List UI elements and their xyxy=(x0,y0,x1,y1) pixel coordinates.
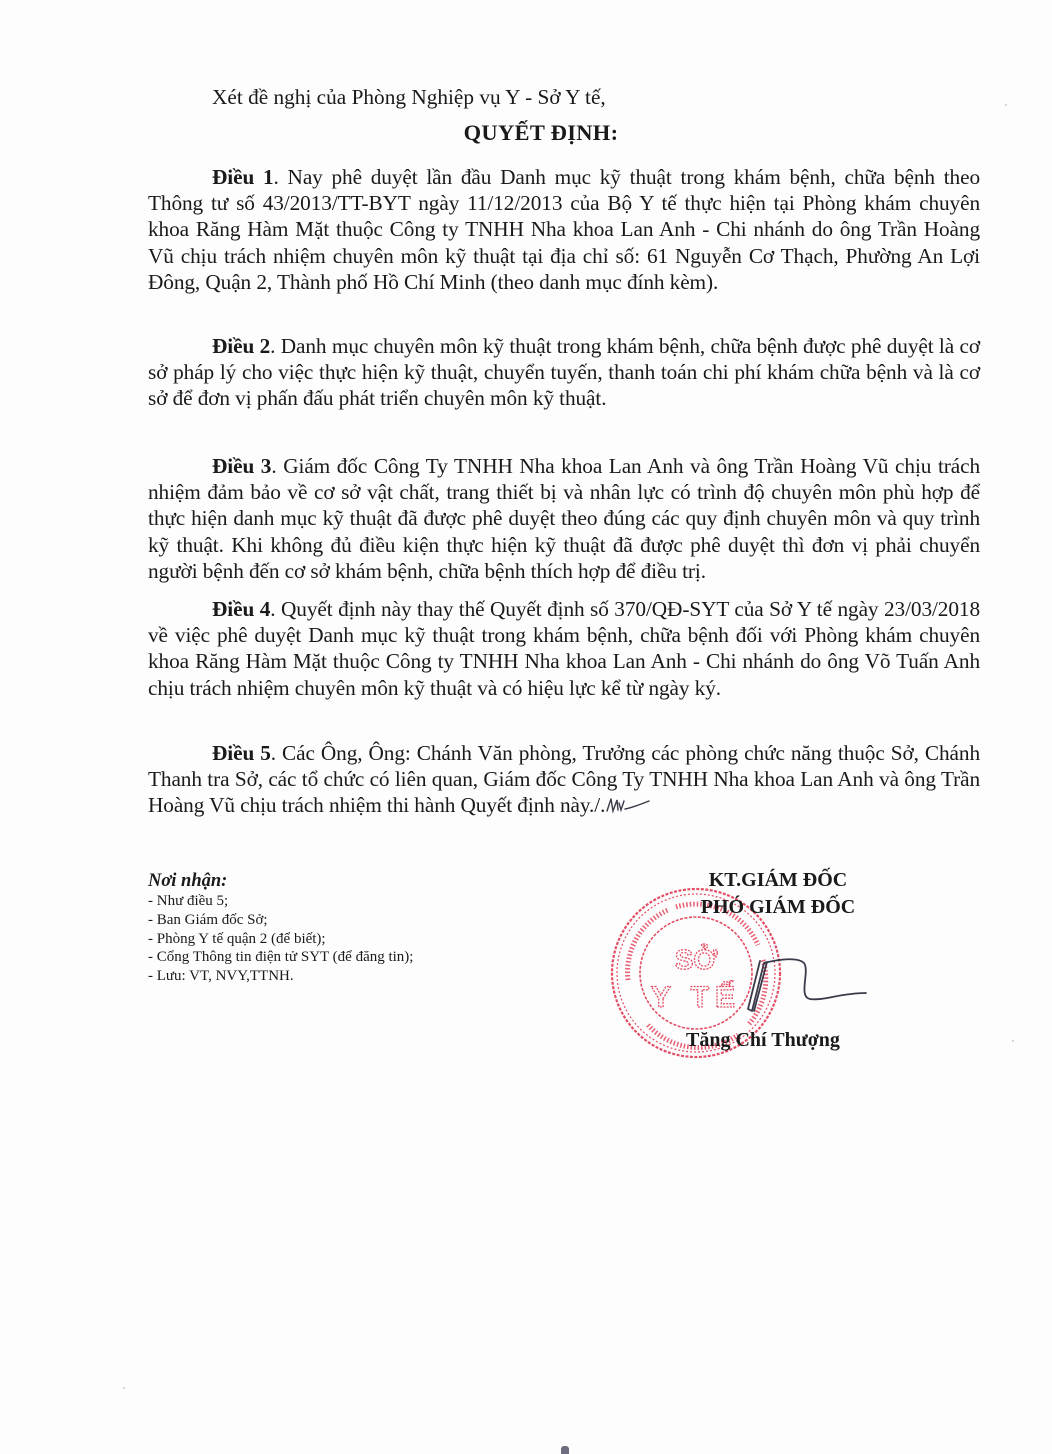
signature-title-line-1: KT.GIÁM ĐỐC xyxy=(600,867,900,893)
signature-title-line-2: PHÓ GIÁM ĐỐC xyxy=(600,894,900,920)
article-text: . Giám đốc Công Ty TNHH Nha khoa Lan Anh… xyxy=(148,454,980,583)
article-text: . Quyết định này thay thế Quyết định số … xyxy=(148,597,980,700)
article-text: . Danh mục chuyên môn kỹ thuật trong khá… xyxy=(148,334,980,410)
article-label: Điều 3 xyxy=(212,454,271,478)
recipient-item: - Ban Giám đốc Sở; xyxy=(148,911,568,930)
article-label: Điều 5 xyxy=(212,741,271,765)
recipients-block: Nơi nhận: - Như điều 5; - Ban Giám đốc S… xyxy=(148,870,568,986)
scan-speck xyxy=(1012,1040,1014,1042)
svg-text:SỞ: SỞ xyxy=(675,943,718,975)
recipient-item: - Phòng Y tế quận 2 (để biết); xyxy=(148,930,568,949)
scan-speck xyxy=(1005,104,1007,106)
recipient-item: - Như điều 5; xyxy=(148,892,568,911)
signer-name: Tăng Chí Thượng xyxy=(686,1027,840,1053)
recipients-title: Nơi nhận: xyxy=(148,870,568,892)
article-1: Điều 1. Nay phê duyệt lần đầu Danh mục k… xyxy=(148,164,980,295)
initials-mark-icon xyxy=(605,795,651,815)
signature-block: KT.GIÁM ĐỐC PHÓ GIÁM ĐỐC SỞ Y TẾ Tăng Ch… xyxy=(600,865,900,1065)
article-2: Điều 2. Danh mục chuyên môn kỹ thuật tro… xyxy=(148,333,980,412)
scan-speck xyxy=(123,1387,125,1389)
page-number-fragment xyxy=(561,1446,569,1454)
document-page: Xét đề nghị của Phòng Nghiệp vụ Y - Sở Y… xyxy=(0,0,1052,1454)
article-4: Điều 4. Quyết định này thay thế Quyết đị… xyxy=(148,596,980,701)
recipient-item: - Cổng Thông tin điện tử SYT (để đăng ti… xyxy=(148,948,568,967)
recipient-item: - Lưu: VT, NVY,TTNH. xyxy=(148,967,568,986)
decision-title: QUYẾT ĐỊNH: xyxy=(0,118,1052,148)
handwritten-signature-icon xyxy=(740,957,868,1021)
article-5: Điều 5. Các Ông, Ông: Chánh Văn phòng, T… xyxy=(148,740,980,819)
article-3: Điều 3. Giám đốc Công Ty TNHH Nha khoa L… xyxy=(148,453,980,584)
article-label: Điều 4 xyxy=(212,597,270,621)
article-text: . Các Ông, Ông: Chánh Văn phòng, Trưởng … xyxy=(148,741,980,817)
intro-line: Xét đề nghị của Phòng Nghiệp vụ Y - Sở Y… xyxy=(212,84,606,110)
article-label: Điều 2 xyxy=(212,334,270,358)
svg-text:Y TẾ: Y TẾ xyxy=(651,980,741,1014)
recipients-list: - Như điều 5; - Ban Giám đốc Sở; - Phòng… xyxy=(148,892,568,986)
article-label: Điều 1 xyxy=(212,165,274,189)
article-text: . Nay phê duyệt lần đầu Danh mục kỹ thuậ… xyxy=(148,165,980,294)
